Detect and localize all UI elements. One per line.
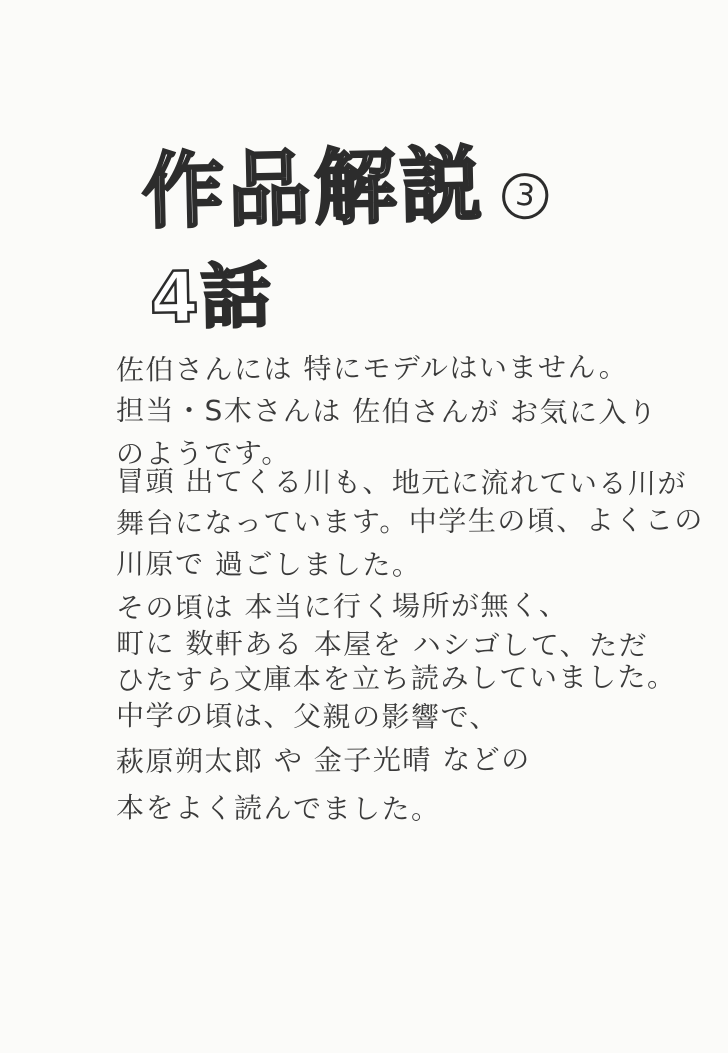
handwritten-line: 萩原朔太郎 や 金子光晴 などの xyxy=(116,743,531,779)
page-title: 作品解説 3 xyxy=(141,144,549,234)
handwritten-line: 中学の頃は、父親の影響で、 xyxy=(116,699,499,734)
handwritten-line: 町に 数軒ある 本屋を ハシゴして、ただ xyxy=(116,627,648,663)
section-heading: 4話 xyxy=(149,261,273,333)
circled-number-badge: 3 xyxy=(500,171,550,221)
scanned-commentary-page: 作品解説 3 4話 佐伯さんには 特にモデルはいません。 担当・S木さんは 佐伯… xyxy=(0,0,728,1053)
page-title-text: 作品解説 xyxy=(141,145,487,234)
handwritten-line: 川原で 過ごしました。 xyxy=(116,547,422,582)
handwritten-line: 舞台になっています。中学生の頃、よくこの xyxy=(116,503,704,540)
handwritten-line: その頃は 本当に行く場所が無く、 xyxy=(116,589,569,625)
handwritten-line: 佐伯さんには 特にモデルはいません。 xyxy=(116,350,628,387)
circled-number-value: 3 xyxy=(514,180,536,212)
handwritten-line: 担当・S木さんは 佐伯さんが お気に入り xyxy=(116,394,658,430)
handwritten-line: 冒頭 出てくる川も、地元に流れている川が xyxy=(116,465,687,501)
handwritten-line: ひたすら文庫本を立ち読みしていました。 xyxy=(116,660,677,697)
handwritten-line: 本をよく読んでました。 xyxy=(116,791,441,826)
